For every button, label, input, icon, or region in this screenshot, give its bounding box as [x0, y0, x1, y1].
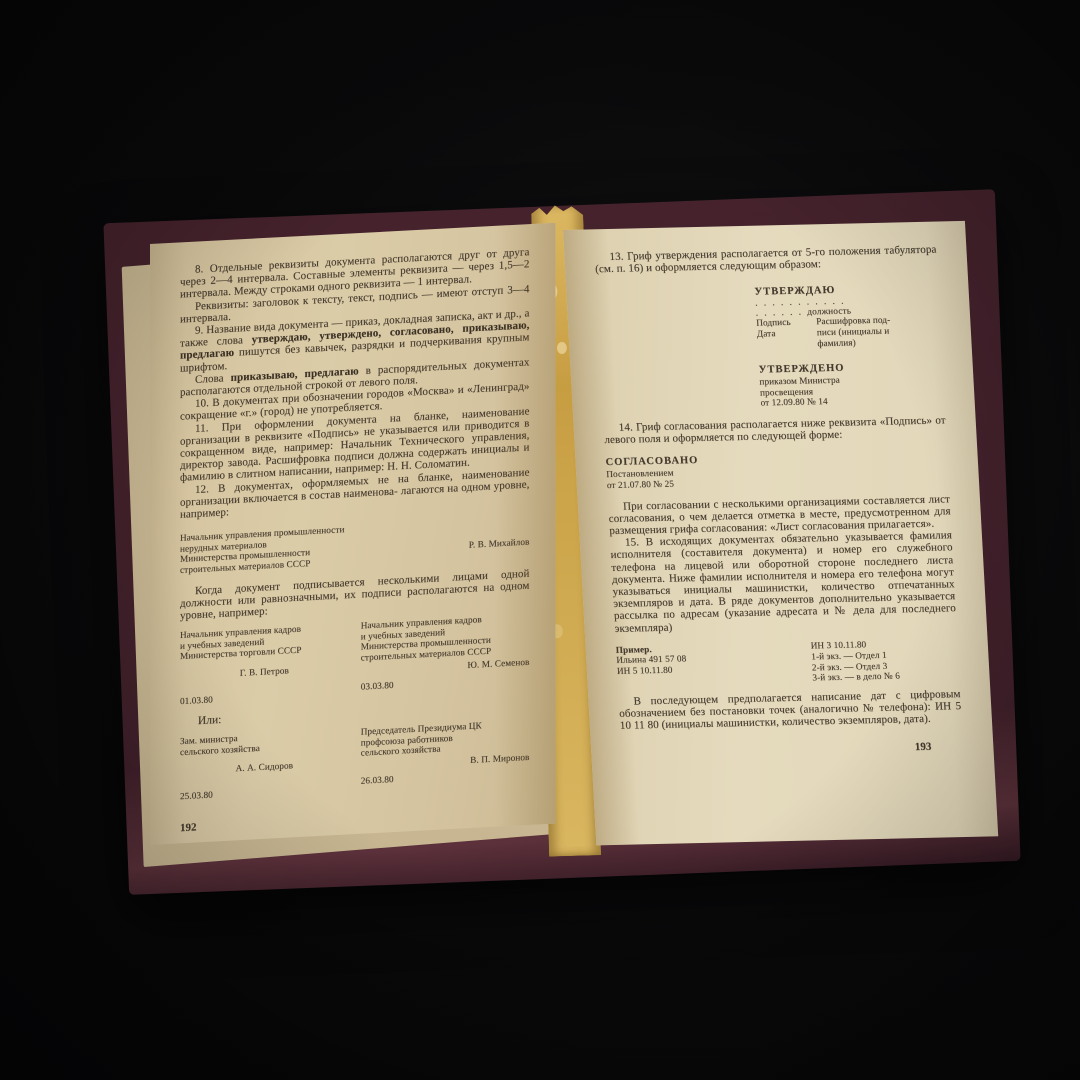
paragraph-item-13: 13. Гриф утверждения располагается от 5-… [594, 244, 937, 276]
signature-block-2: Начальник управления кадров и учебных за… [180, 612, 530, 706]
dots-label: должность [807, 305, 851, 316]
paragraph-final: В последующем предполагается написание д… [618, 688, 962, 732]
signature-date: 25.03.80 [180, 782, 349, 801]
gutter-stain [557, 342, 567, 354]
stamp-cell [757, 338, 818, 350]
dots: . . . . . . [755, 306, 803, 317]
approve-stamp-block: УТВЕРЖДАЮ . . . . . . . . . . . . . . . … [754, 282, 953, 350]
page-number-right: 193 [621, 740, 964, 760]
signature-date: 03.03.80 [361, 673, 530, 692]
example-columns: Ильина 491 57 08 ИН 5 10.11.80 ИН 3 10.1… [616, 648, 960, 688]
signature-column-right: Председатель Президиума ЦК профсоюза раб… [361, 718, 530, 792]
signature-name: Г. В. Петров [180, 662, 349, 681]
agreed-stamp-block: СОГЛАСОВАНО Постановлением от 21.07.80 №… [605, 449, 949, 491]
photo-background: 8. Отдельные реквизиты документа распола… [0, 0, 1080, 1080]
stamp-cell: фамилия) [817, 337, 856, 348]
right-page: 13. Гриф утверждения располагается от 5-… [563, 221, 998, 846]
signature-block-3: Зам. министра сельского хозяйства А. А. … [180, 718, 530, 802]
paragraph-item-15: 15. В исходящих документах обязательно у… [610, 529, 957, 634]
signature-column-left: Зам. министра сельского хозяйства А. А. … [180, 727, 349, 801]
signature-block-1: Начальник управления промышленности неру… [180, 515, 530, 576]
example-column-left: Ильина 491 57 08 ИН 5 10.11.80 [616, 651, 813, 688]
example-block: Пример. Ильина 491 57 08 ИН 5 10.11.80 И… [615, 637, 959, 688]
left-page: 8. Отдельные реквизиты документа распола… [150, 223, 555, 845]
signature-name: Р. В. Михайлов [469, 537, 530, 551]
paragraph-item-14: 14. Гриф согласования располагается ниже… [603, 414, 946, 446]
signature-date: 01.03.80 [180, 687, 349, 706]
signature-column-right: Начальник управления кадров и учебных за… [361, 612, 530, 697]
signature-name: А. А. Сидоров [180, 758, 349, 777]
example-column-right: ИН 3 10.11.80 1-й экз. — Отдел 1 2-й экз… [810, 638, 959, 684]
example-line: 3-й экз. — в дело № 6 [812, 669, 960, 683]
approved-stamp-block: УТВЕРЖДЕНО приказом Министра просвещения… [758, 359, 956, 408]
signature-title-lines: Начальник управления промышленности неру… [180, 524, 345, 575]
stamp-cell: писи (инициалы и [817, 326, 890, 338]
signature-column-left: Начальник управления кадров и учебных за… [180, 621, 349, 706]
